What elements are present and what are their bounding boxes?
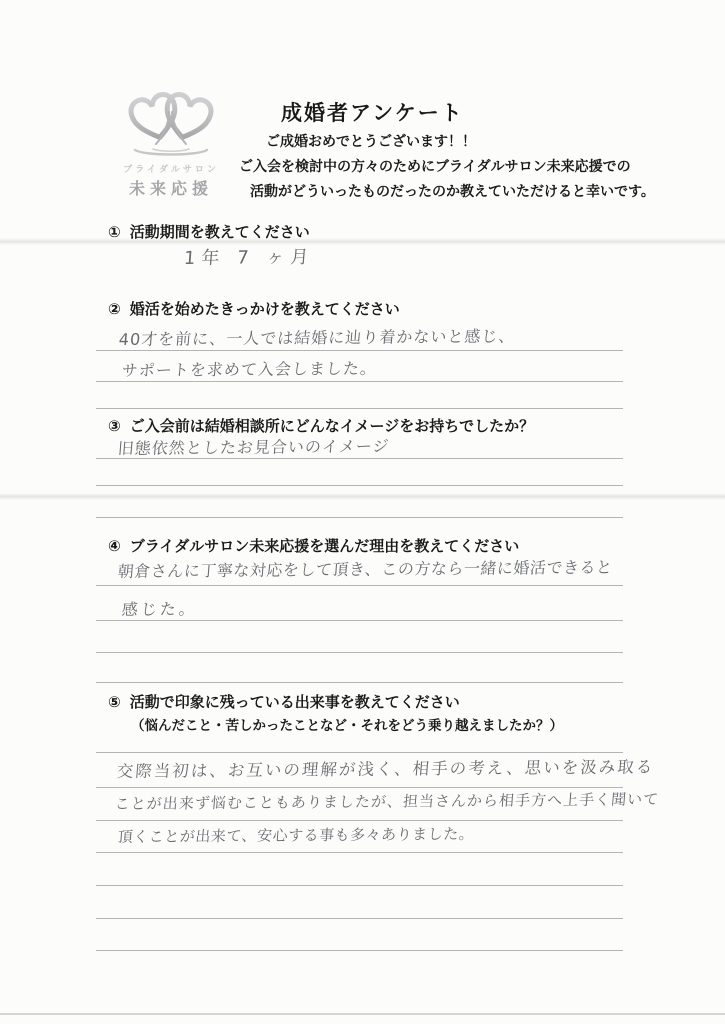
answer-ruled-line bbox=[96, 485, 623, 486]
answer-ruled-line bbox=[96, 381, 623, 382]
scanned-survey-page: ブライダルサロン 未来応援 成婚者アンケート ご成婚おめでとうございます！！ ご… bbox=[0, 0, 725, 1024]
handwritten-answer-q5-line3: 頂くことが出来て、安心する事も多々ありました。 bbox=[117, 823, 475, 847]
scan-crease bbox=[0, 493, 725, 500]
answer-ruled-line bbox=[96, 752, 623, 753]
question-5: ⑤活動で印象に残っている出来事を教えてください bbox=[108, 691, 460, 712]
handwritten-answer-q4-line2: 感じた。 bbox=[121, 596, 199, 620]
answer-ruled-line bbox=[96, 350, 623, 351]
question-4-label: ブライダルサロン未来応援を選んだ理由を教えてください bbox=[130, 538, 520, 555]
question-5-sublabel: （悩んだこと・苦しかったことなど・それをどう乗り越えましたか？） bbox=[131, 714, 563, 734]
answer-ruled-line bbox=[96, 408, 623, 409]
answer-ruled-line bbox=[96, 918, 623, 919]
question-5-number: ⑤ bbox=[108, 693, 121, 711]
scan-bottom-edge bbox=[0, 1013, 725, 1015]
answer-ruled-line bbox=[96, 652, 623, 653]
handwritten-answer-q5-line2: ことが出来ず悩むこともありましたが、担当さんから相手方へ上手く聞いて bbox=[114, 788, 660, 814]
brand-name-small: ブライダルサロン bbox=[116, 162, 226, 175]
question-3-number: ③ bbox=[108, 417, 121, 435]
answer-ruled-line bbox=[96, 682, 623, 683]
question-4: ④ブライダルサロン未来応援を選んだ理由を教えてください bbox=[108, 535, 519, 556]
brand-name-large: 未来応援 bbox=[116, 176, 226, 199]
answer-ruled-line bbox=[96, 885, 623, 886]
double-hearts-icon bbox=[117, 90, 225, 160]
answer-ruled-line bbox=[96, 852, 623, 853]
answer-ruled-line bbox=[96, 787, 623, 788]
question-3-label: ご入会前は結婚相談所にどんなイメージをお持ちでしたか？ bbox=[130, 418, 534, 435]
question-2: ②婚活を始めたきっかけを教えてください bbox=[108, 298, 400, 319]
answer-ruled-line bbox=[96, 820, 623, 821]
form-title: 成婚者アンケート bbox=[281, 97, 464, 127]
question-2-number: ② bbox=[108, 300, 121, 318]
handwritten-answer-q3: 旧態依然としたお見合いのイメージ bbox=[117, 434, 391, 459]
intro-text-line-2: 活動がどういったものだったのか教えていただけると幸いです。 bbox=[250, 181, 655, 201]
brand-logo: ブライダルサロン 未来応援 bbox=[116, 90, 226, 199]
handwritten-answer-q5-line1: 交際当初は、お互いの理解が浅く、相手の考え、思いを汲み取る bbox=[116, 753, 655, 782]
question-1-number: ① bbox=[108, 223, 121, 241]
question-1-label: 活動期間を教えてください bbox=[130, 224, 310, 241]
question-3: ③ご入会前は結婚相談所にどんなイメージをお持ちでしたか？ bbox=[108, 415, 534, 436]
congrats-message: ご成婚おめでとうございます！！ bbox=[266, 131, 476, 151]
handwritten-answer-q2-line2: サポートを求めて入会しました。 bbox=[121, 356, 378, 381]
handwritten-answer-q1: 1年 7 ヶ月 bbox=[183, 243, 316, 270]
intro-text-line-1: ご入会を検討中の方々のためにブライダルサロン未来応援での bbox=[239, 156, 631, 176]
answer-ruled-line bbox=[96, 950, 623, 951]
answer-ruled-line bbox=[96, 517, 623, 518]
answer-ruled-line bbox=[96, 585, 623, 586]
handwritten-answer-q2-line1: 40才を前に、一人では結婚に辿り着かないと感じ、 bbox=[118, 324, 516, 350]
answer-ruled-line bbox=[96, 458, 623, 459]
question-5-label: 活動で印象に残っている出来事を教えてください bbox=[130, 694, 460, 711]
answer-ruled-line bbox=[96, 620, 623, 621]
question-2-label: 婚活を始めたきっかけを教えてください bbox=[130, 301, 400, 318]
question-1: ①活動期間を教えてください bbox=[108, 221, 310, 242]
question-4-number: ④ bbox=[108, 537, 121, 555]
handwritten-answer-q4-line1: 朝倉さんに丁寧な対応をして頂き、この方なら一緒に婚活できると bbox=[117, 555, 614, 582]
